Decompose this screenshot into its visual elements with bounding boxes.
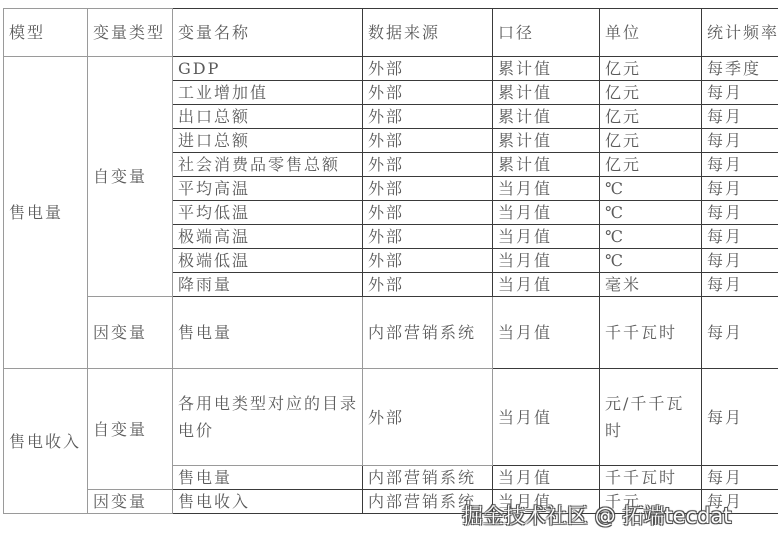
freq-cell: 每月 (702, 153, 778, 177)
var-name-cell: 极端高温 (173, 225, 363, 249)
header-var-type: 变量类型 (88, 9, 173, 57)
freq-cell: 每月 (702, 105, 778, 129)
var-name-cell: 售电收入 (173, 490, 363, 514)
freq-cell: 每月 (702, 81, 778, 105)
table-row: 售电收入 自变量 各用电类型对应的目录电价 外部 当月值 元/千千瓦时 每月 (4, 369, 778, 466)
var-name-cell: 平均低温 (173, 201, 363, 225)
unit-cell: 亿元 (600, 153, 702, 177)
unit-cell: ℃ (600, 201, 702, 225)
watermark-text: 掘金技术社区 @ 拓端tecdat (462, 500, 731, 530)
caliber-cell: 当月值 (493, 297, 600, 369)
caliber-cell: 当月值 (493, 201, 600, 225)
var-name-cell: 平均高温 (173, 177, 363, 201)
var-name-cell: 出口总额 (173, 105, 363, 129)
unit-cell: ℃ (600, 249, 702, 273)
freq-cell: 每月 (702, 201, 778, 225)
table-row: 因变量 售电量 内部营销系统 当月值 千千瓦时 每月 (4, 297, 778, 369)
caliber-cell: 累计值 (493, 129, 600, 153)
var-name-cell: 进口总额 (173, 129, 363, 153)
source-cell: 外部 (363, 177, 493, 201)
header-model: 模型 (4, 9, 88, 57)
source-cell: 外部 (363, 249, 493, 273)
caliber-cell: 累计值 (493, 81, 600, 105)
var-name-cell: 售电量 (173, 466, 363, 490)
caliber-cell: 当月值 (493, 225, 600, 249)
unit-cell: 千千瓦时 (600, 297, 702, 369)
source-cell: 外部 (363, 57, 493, 81)
unit-cell: ℃ (600, 177, 702, 201)
unit-cell: 亿元 (600, 57, 702, 81)
var-name-cell: 售电量 (173, 297, 363, 369)
source-cell: 外部 (363, 153, 493, 177)
unit-cell: ℃ (600, 225, 702, 249)
table-row: 售电量 自变量 GDP 外部 累计值 亿元 每季度 (4, 57, 778, 81)
source-cell: 外部 (363, 369, 493, 466)
freq-cell: 每月 (702, 466, 778, 490)
model-cell: 售电量 (4, 57, 88, 369)
freq-cell: 每月 (702, 297, 778, 369)
unit-cell: 亿元 (600, 129, 702, 153)
var-name-cell: 工业增加值 (173, 81, 363, 105)
header-row: 模型 变量类型 变量名称 数据来源 口径 单位 统计频率 (4, 9, 778, 57)
var-type-cell: 自变量 (88, 57, 173, 297)
freq-cell: 每月 (702, 129, 778, 153)
source-cell: 内部营销系统 (363, 297, 493, 369)
caliber-cell: 累计值 (493, 153, 600, 177)
caliber-cell: 当月值 (493, 249, 600, 273)
source-cell: 外部 (363, 273, 493, 297)
source-cell: 内部营销系统 (363, 466, 493, 490)
caliber-cell: 当月值 (493, 177, 600, 201)
source-cell: 外部 (363, 129, 493, 153)
header-caliber: 口径 (493, 9, 600, 57)
header-unit: 单位 (600, 9, 702, 57)
var-name-cell: 各用电类型对应的目录电价 (173, 369, 363, 466)
unit-cell: 元/千千瓦时 (600, 369, 702, 466)
caliber-cell: 当月值 (493, 273, 600, 297)
header-source: 数据来源 (363, 9, 493, 57)
var-name-cell: 社会消费品零售总额 (173, 153, 363, 177)
source-cell: 外部 (363, 81, 493, 105)
freq-cell: 每月 (702, 177, 778, 201)
var-type-cell: 因变量 (88, 490, 173, 514)
freq-cell: 每月 (702, 369, 778, 466)
source-cell: 外部 (363, 105, 493, 129)
caliber-cell: 当月值 (493, 369, 600, 466)
var-name-cell: GDP (173, 57, 363, 81)
var-name-cell: 极端低温 (173, 249, 363, 273)
freq-cell: 每月 (702, 225, 778, 249)
freq-cell: 每月 (702, 249, 778, 273)
unit-cell: 亿元 (600, 81, 702, 105)
freq-cell: 每月 (702, 273, 778, 297)
unit-cell: 千千瓦时 (600, 466, 702, 490)
caliber-cell: 累计值 (493, 57, 600, 81)
var-name-cell: 降雨量 (173, 273, 363, 297)
source-cell: 外部 (363, 201, 493, 225)
caliber-cell: 当月值 (493, 466, 600, 490)
header-freq: 统计频率 (702, 9, 778, 57)
model-cell: 售电收入 (4, 369, 88, 514)
source-cell: 外部 (363, 225, 493, 249)
variable-table: 模型 变量类型 变量名称 数据来源 口径 单位 统计频率 售电量 自变量 GDP… (3, 8, 778, 514)
caliber-cell: 累计值 (493, 105, 600, 129)
var-type-cell: 自变量 (88, 369, 173, 490)
header-var-name: 变量名称 (173, 9, 363, 57)
var-type-cell: 因变量 (88, 297, 173, 369)
unit-cell: 毫米 (600, 273, 702, 297)
unit-cell: 亿元 (600, 105, 702, 129)
freq-cell: 每季度 (702, 57, 778, 81)
